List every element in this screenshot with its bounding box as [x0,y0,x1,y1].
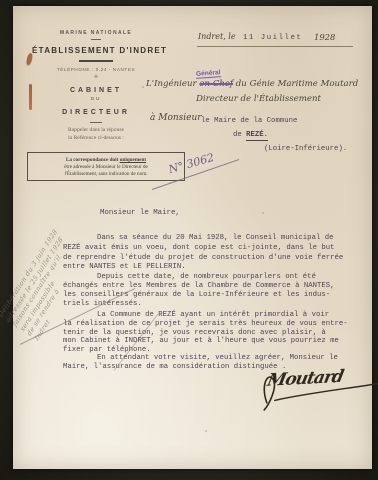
sender-title-suffix: du Génie Maritime Moutard [233,79,358,89]
body-line: La Commune de REZÉ ayant un intérêt prim… [63,311,367,320]
body-line: entre NANTES et LE PELLERIN. [63,263,367,273]
sender-role-line: Directeur de l'Établissement [196,94,321,104]
commune-prefix: de [233,131,246,139]
letterhead-divider-2 [90,122,102,123]
notice-line3: l'Établissement, sans indication de nom. [30,171,182,178]
sender-title-line: L'Ingénieur en ChefGénéral du Génie Mari… [146,79,370,89]
sender-title-prefix: L'Ingénieur [146,79,199,89]
sender-rank-struck: en ChefGénéral [199,79,233,89]
body-line: les conseillers généraux de la Loire-Inf… [63,291,367,300]
paragraph-2: Depuis cette date, de nombreux pourparle… [63,273,367,309]
salutation: Monsieur le Maire, [100,209,180,217]
office-cabinet-label: CABINET [32,87,160,94]
office-du-label: DU [32,97,160,102]
signature-moutard: Moutard [249,358,378,413]
letterhead-rule [79,60,113,62]
paragraph-3: La Commune de REZÉ ayant un intérêt prim… [63,311,367,355]
recipient-typed-line: le Maire de la Commune [201,117,297,125]
notice-line1-prefix: La correspondance doit [66,157,120,163]
letterhead: MARINE NATIONALE ÉTABLISSEMENT D'INDRET … [32,30,160,142]
ministry-label: MARINE NATIONALE [32,30,160,36]
signature-flourish-icon [249,358,378,413]
date-place: Indret, le [198,32,236,41]
reference-reminder-line1: Rappeler dans la réponse [32,127,160,135]
reference-reminder-line2: la Référence ci-dessous : [32,135,160,143]
date-value: 11 Juillet [243,34,302,42]
scanned-letter: MARINE NATIONALE ÉTABLISSEMENT D'INDRET … [0,0,378,480]
recipient-department-line: (Loire-Inférieure). [264,145,347,153]
telephone-label: TÉLÉPHONE : 0.24 - NANTES [32,67,160,72]
body-line: la réalisation de ce projet je serais tr… [63,320,367,329]
letterhead-ornament: ✛ [32,74,160,80]
recipient-script-prefix: à Monsieur [150,113,202,123]
body-line: triels intéressés. [63,300,367,309]
commune-name: REZÉ. [246,131,268,141]
date-year: 1928 [314,32,335,42]
paper-speck-2 [262,212,264,214]
body-line: échangés entre les Membres de la Chambre… [63,282,367,291]
notice-line2: être adressée à Monsieur le Directeur de [30,164,182,171]
correspondence-notice-box: La correspondance doit uniquement être a… [27,152,185,181]
office-directeur-label: DIRECTEUR [32,109,160,116]
body-line: tenir de la question, je vous recevrais … [63,329,367,338]
establishment-name: ÉTABLISSEMENT D'INDRET [32,46,160,55]
notice-line1: La correspondance doit uniquement [30,157,182,164]
letterhead-divider-1 [91,39,101,40]
body-line: REZÉ avait émis un voeu, dont copie est … [63,244,367,254]
notice-line1-bold: uniquement [120,157,147,163]
body-line: Depuis cette date, de nombreux pourparle… [63,273,367,282]
body-line: Dans sa séance du 20 Mai 1928, le Consei… [63,234,367,244]
date-underline [197,46,353,47]
reference-reminder: Rappeler dans la réponse la Référence ci… [32,127,160,142]
paragraph-1: Dans sa séance du 20 Mai 1928, le Consei… [63,234,367,273]
body-line: mon Cabinet à INDRET, au jour et à l'heu… [63,337,367,346]
body-line: de reprendre l'étude du projet de constr… [63,254,367,264]
paper-speck-3 [205,430,207,432]
recipient-commune-line: de REZÉ. [233,131,268,139]
